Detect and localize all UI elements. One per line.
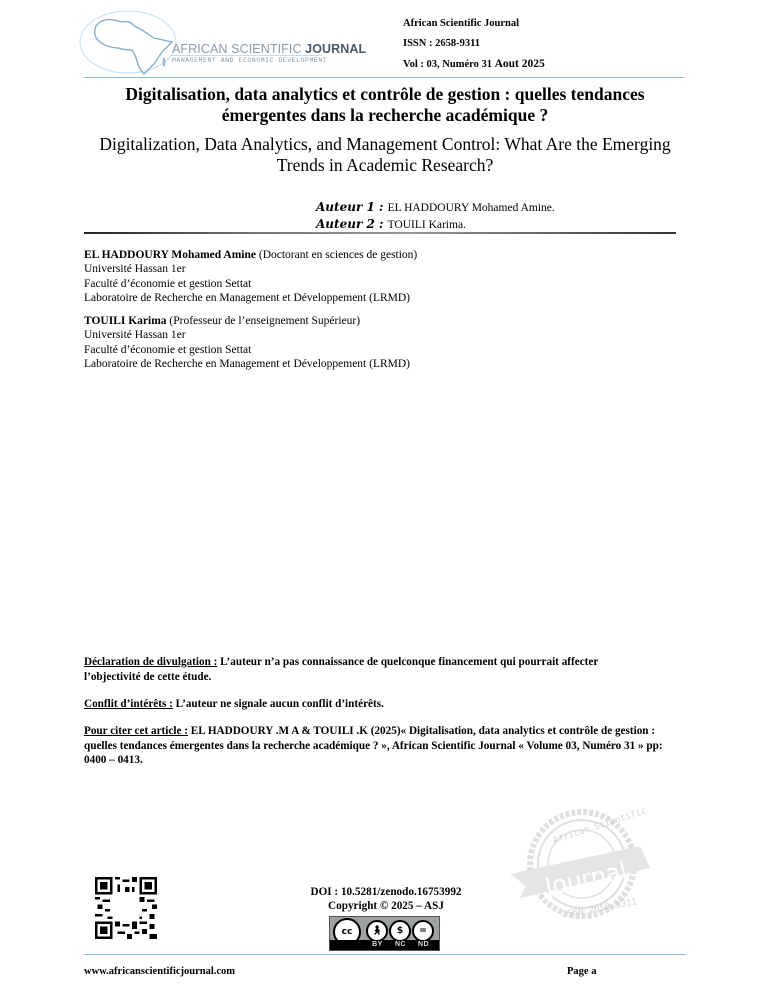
cc-nc-icon: $ bbox=[389, 920, 411, 942]
journal-logo: AFRICAN SCIENTIFIC JOURNAL MANAGEMENT AN… bbox=[78, 8, 318, 76]
africa-map-icon bbox=[78, 8, 178, 76]
affiliation-name: EL HADDOURY Mohamed Amine bbox=[84, 249, 256, 261]
title-french: Digitalisation, data analytics et contrô… bbox=[90, 84, 680, 126]
cc-license-badge[interactable]: cc 🚶︎ $ = BYNCND bbox=[329, 916, 440, 951]
disclosure-statement: Déclaration de divulgation : L’auteur n’… bbox=[84, 655, 644, 684]
page-number: Page a bbox=[567, 966, 596, 977]
logo-subtitle: MANAGEMENT AND ECONOMIC DEVELOPMENT bbox=[172, 57, 327, 64]
cc-labels: BYNCND bbox=[366, 940, 435, 950]
qr-code-icon[interactable] bbox=[95, 877, 157, 939]
cc-by-icon: 🚶︎ bbox=[366, 920, 388, 942]
header-divider bbox=[84, 77, 684, 78]
doi-block: DOI : 10.5281/zenodo.16753992 Copyright … bbox=[268, 885, 504, 913]
cc-nd-icon: = bbox=[412, 920, 434, 942]
authors-divider bbox=[84, 232, 676, 234]
affiliation-2: TOUILI Karima (Professeur de l’enseignem… bbox=[84, 314, 410, 371]
affiliation-1: EL HADDOURY Mohamed Amine (Doctorant en … bbox=[84, 248, 417, 305]
author-2: Auteur 2 : TOUILI Karima. bbox=[316, 216, 555, 233]
citation-statement: Pour citer cet article : EL HADDOURY .M … bbox=[84, 724, 684, 768]
logo-title: AFRICAN SCIENTIFIC JOURNAL bbox=[172, 42, 366, 56]
journal-issn: ISSN : 2658-9311 bbox=[403, 34, 545, 54]
journal-volume: Vol : 03, Numéro 31 Aout 2025 bbox=[403, 54, 545, 75]
svg-text:ISSN 2658-9311: ISSN 2658-9311 bbox=[561, 897, 637, 920]
conflict-statement: Conflit d’intérêts : L’auteur ne signale… bbox=[84, 697, 684, 712]
copyright-text: Copyright © 2025 – ASJ bbox=[268, 899, 504, 913]
author-1: Auteur 1 : EL HADDOURY Mohamed Amine. bbox=[316, 199, 555, 216]
journal-info: African Scientific Journal ISSN : 2658-9… bbox=[403, 14, 545, 75]
title-english: Digitalization, Data Analytics, and Mana… bbox=[90, 134, 680, 176]
journal-seal-icon: Journal African Scientific ISSN 2658-931… bbox=[500, 802, 655, 930]
doi-text[interactable]: DOI : 10.5281/zenodo.16753992 bbox=[268, 885, 504, 899]
affiliation-name: TOUILI Karima bbox=[84, 315, 167, 327]
footer-website-link[interactable]: www.africanscientificjournal.com bbox=[84, 966, 235, 977]
footer-divider bbox=[84, 954, 686, 955]
journal-name: African Scientific Journal bbox=[403, 14, 545, 34]
author-list: Auteur 1 : EL HADDOURY Mohamed Amine. Au… bbox=[316, 199, 555, 233]
